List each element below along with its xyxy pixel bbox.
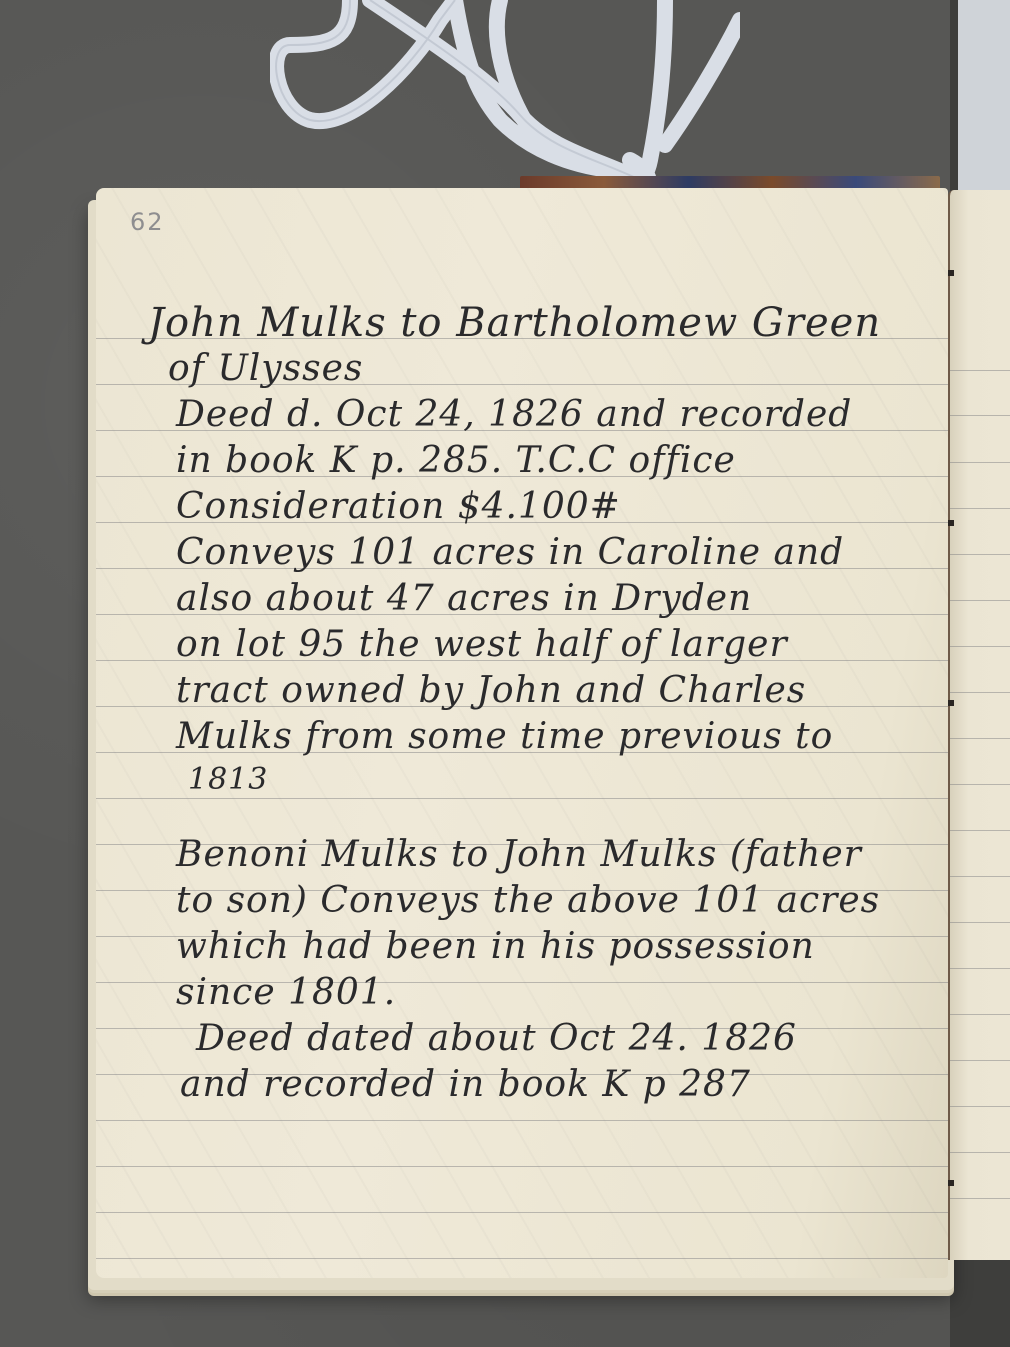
entry-line: in book K p. 285. T.C.C office (176, 440, 736, 481)
entry-line: Deed dated about Oct 24. 1826 (196, 1018, 797, 1059)
entry-line: Deed d. Oct 24, 1826 and recorded (176, 394, 852, 435)
background-paper-corner (958, 0, 1010, 200)
entry-line: of Ulysses (168, 348, 363, 389)
page-number: 62 (130, 208, 165, 236)
entry-line: Conveys 101 acres in Caroline and (176, 532, 844, 573)
notebook-page: 62 John Mulks to Bartholomew Green of Ul… (96, 188, 948, 1278)
entry-line: which had been in his possession (176, 926, 815, 967)
entry-line: also about 47 acres in Dryden (176, 578, 752, 619)
bookmark-cord (270, 0, 740, 200)
entry-line: and recorded in book K p 287 (180, 1064, 751, 1105)
entry-line: on lot 95 the west half of larger (176, 624, 788, 665)
entry-line: tract owned by John and Charles (176, 670, 806, 711)
entry-line: since 1801. (176, 972, 396, 1013)
entry-line: Mulks from some time previous to (176, 716, 833, 757)
facing-page (948, 190, 1010, 1260)
entry-heading: Benoni Mulks to John Mulks (father (176, 834, 862, 875)
entry-line: to son) Conveys the above 101 acres (176, 880, 880, 921)
entry-line: Consideration $4.100# (176, 486, 621, 527)
entry-heading: John Mulks to Bartholomew Green (148, 300, 881, 346)
entry-line: 1813 (188, 762, 268, 797)
